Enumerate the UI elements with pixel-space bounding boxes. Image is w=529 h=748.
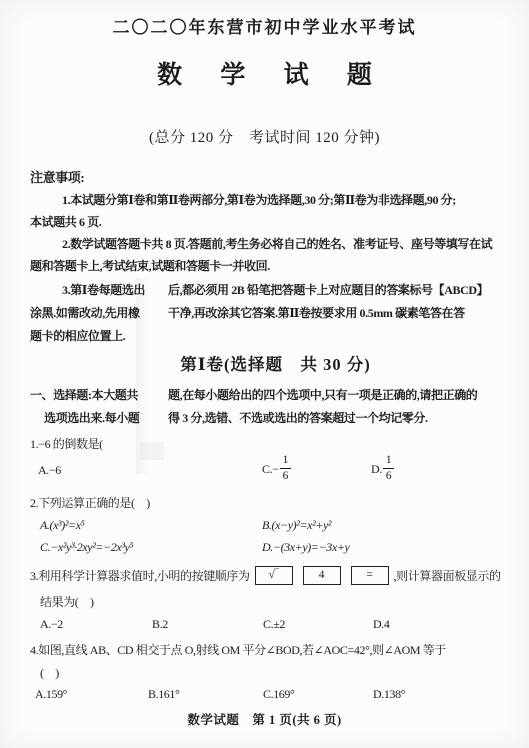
q3-stem-pre: 3.利用科学计算器求值时,小明的按键顺序为 [30,570,250,582]
fraction-numerator: 1 [280,455,291,468]
exam-title: 二〇二〇年东营市初中学业水平考试 [0,13,529,38]
note1-line2: 本试题共 6 页. [30,216,101,228]
exam-paper-page: 二〇二〇年东营市初中学业水平考试 数 学 试 题 (总分 120 分 考试时间 … [0,0,529,748]
q1-option-d-prefix: D. [371,463,382,475]
note3-line1-left: 3.第Ⅰ卷每题选出 [62,284,145,296]
equals-key: = [351,566,389,585]
q3-option-b: B.2 [152,618,168,630]
section1-header: 第Ⅰ卷(选择题 共 30 分) [0,351,529,375]
q3-option-c: C.±2 [263,618,285,630]
note3-line3: 题卡的相应位置上. [30,330,125,342]
fraction-denominator: 6 [280,468,291,482]
fraction-denominator: 6 [383,468,394,482]
q1-stem: 1.−6 的倒数是( [30,438,103,450]
q3-stem-line2: 结果为( ) [40,596,94,608]
q4-option-c: C.169° [263,688,294,700]
q4-option-b: B.161° [148,688,179,700]
q1-option-a: A.−6 [38,464,61,476]
sqrt-key: √‾ [255,566,293,585]
note3-line2-left: 涂黑.如需改动,先用橡 [30,307,140,319]
q3-option-d: D.4 [373,618,389,630]
q4-option-d: D.138° [373,688,405,700]
page-footer: 数学试题 第 1 页(共 6 页) [0,710,529,728]
subject-title: 数 学 试 题 [0,55,529,91]
q3-stem-row: 3.利用科学计算器求值时,小明的按键顺序为 √‾ 4 = ,则计算器面板显示的 [30,566,501,585]
q2-option-b: B.(x−y)²=x²+y² [262,519,331,531]
q3-option-a: A.−2 [40,618,63,630]
q1-option-c-fraction: 16 [280,455,291,482]
q4-option-a: A.159° [35,688,67,700]
note1-line1: 1.本试题分第Ⅰ卷和第Ⅱ卷两部分,第Ⅰ卷为选择题,30 分;第Ⅱ卷为非选择题,9… [62,194,456,206]
q1-option-c-prefix: C.− [262,463,279,475]
intro-line2-right: 得 3 分,选错、不选或选出的答案超过一个均记零分. [168,412,428,424]
q2-stem: 2.下列运算正确的是( ) [30,497,150,509]
digit4-key: 4 [303,566,341,585]
q2-option-a: A.(x³)²=x⁵ [40,519,84,531]
note2-line2: 题和答题卡上,考试结束,试题和答题卡一并收回. [30,260,270,272]
note3-line1-right: 后,都必须用 2B 铅笔把答题卡上对应题目的答案标号【ABCD】 [168,284,488,296]
scan-smudge-artifact [140,442,164,460]
q1-option-d-fraction: 16 [383,455,394,482]
q2-option-c: C.−x²y³·2xy²=−2x³y⁵ [40,541,133,553]
q4-stem-line1: 4.如图,直线 AB、CD 相交于点 O,射线 OM 平分∠BOD,若∠AOC=… [30,644,446,656]
note3-line2-right: 干净,再改涂其它答案.第Ⅱ卷按要求用 0.5mm 碳素笔答在答 [168,307,465,319]
q2-option-d: D.−(3x+y)=−3x+y [262,541,349,553]
q3-stem-post: ,则计算器面板显示的 [394,570,501,582]
q4-stem-line2: ( ) [40,667,59,679]
notes-heading: 注意事项: [30,171,84,184]
note2-line1: 2.数学试题答题卡共 8 页.答题前,考生务必将自己的姓名、准考证号、座号等填写… [62,238,492,250]
intro-line1-right: 题,在每小题给出的四个选项中,只有一项是正确的,请把正确的 [168,389,477,401]
intro-line2-left: 选项选出来.每小题 [44,412,139,424]
intro-line1-left: 一、选择题:本大题共 [30,389,138,401]
score-time-info: (总分 120 分 考试时间 120 分钟) [0,126,529,147]
fraction-numerator: 1 [383,455,394,468]
q1-option-c: C.−16 [262,455,291,482]
q1-option-d: D.16 [371,455,394,482]
